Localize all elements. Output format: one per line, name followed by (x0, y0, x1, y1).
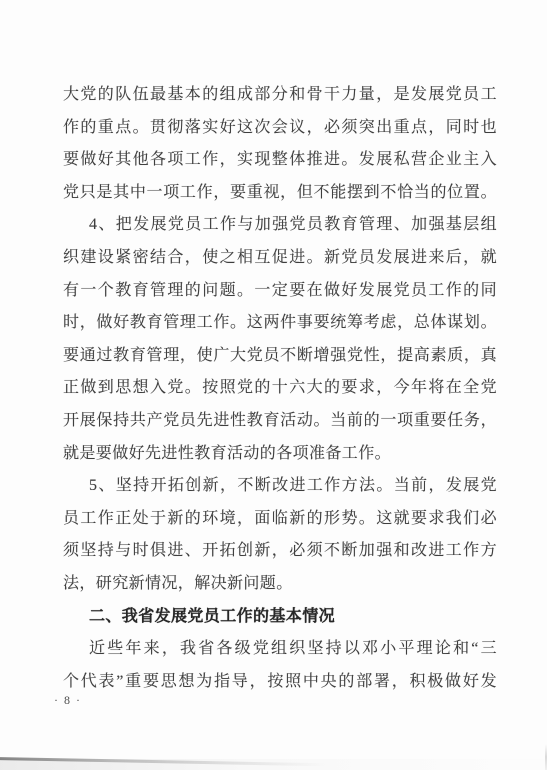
text-line: 党只是其中一项工作，要重视，但不能摆到不恰当的位置。 (63, 177, 497, 210)
document-body: 大党的队伍最基本的组成部分和骨干力量，是发展党员工作的重点。贯彻落实好这次会议，… (63, 79, 497, 698)
text-line: 须坚持与时俱进、开拓创新，必须不断加强和改进工作方 (63, 535, 497, 568)
text-line: 个代表”重要思想为指导，按照中央的部署，积极做好发 (63, 666, 497, 699)
text-line: 要通过教育管理，使广大党员不断增强党性，提高素质，真 (63, 340, 497, 373)
text-line: 法，研究新情况，解决新问题。 (63, 568, 497, 601)
text-line: 有一个教育管理的问题。一定要在做好发展党员工作的同 (63, 275, 497, 308)
page-number: · 8 · (54, 691, 82, 709)
text-line: 大党的队伍最基本的组成部分和骨干力量，是发展党员工 (63, 79, 497, 112)
section-heading: 二、我省发展党员工作的基本情况 (63, 601, 497, 634)
text-line: 正做到思想入党。按照党的十六大的要求，今年将在全党 (63, 372, 497, 405)
text-line: 就是要做好先进性教育活动的各项准备工作。 (63, 438, 497, 471)
text-line: 时，做好教育管理工作。这两件事要统筹考虑，总体谋划。 (63, 307, 497, 340)
text-line: 要做好其他各项工作，实现整体推进。发展私营企业主入 (63, 144, 497, 177)
text-line: 5、坚持开拓创新，不断改进工作方法。当前，发展党 (63, 470, 497, 503)
text-line: 员工作正处于新的环境，面临新的形势。这就要求我们必 (63, 503, 497, 536)
document-page: 大党的队伍最基本的组成部分和骨干力量，是发展党员工作的重点。贯彻落实好这次会议，… (0, 0, 547, 770)
text-line: 作的重点。贯彻落实好这次会议，必须突出重点，同时也 (63, 112, 497, 145)
text-line: 开展保持共产党员先进性教育活动。当前的一项重要任务， (63, 405, 497, 438)
text-line: 织建设紧密结合，使之相互促进。新党员发展进来后，就 (63, 242, 497, 275)
text-line: 近些年来，我省各级党组织坚持以邓小平理论和“三 (63, 633, 497, 666)
text-line: 4、把发展党员工作与加强党员教育管理、加强基层组 (63, 209, 497, 242)
